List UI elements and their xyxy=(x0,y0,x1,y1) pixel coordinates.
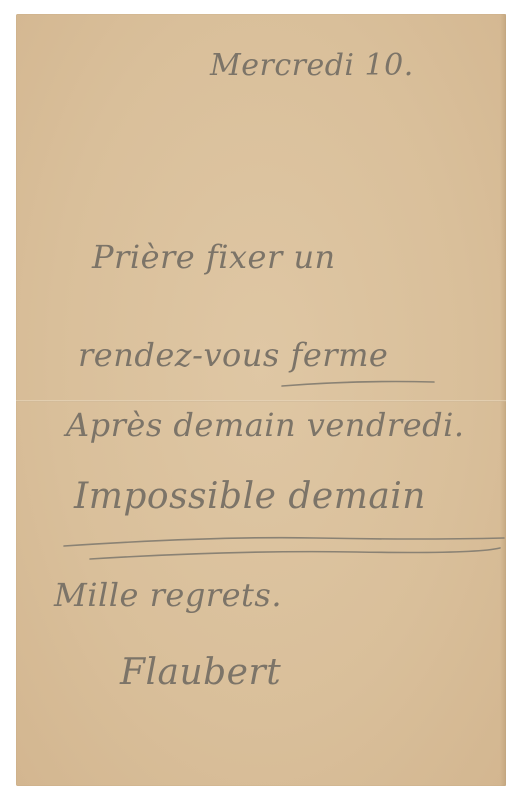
underline-ferme xyxy=(282,382,434,387)
underline-impossible-2 xyxy=(90,548,500,559)
letter-paper: Mercredi 10. Prière fixer un rendez-vous… xyxy=(16,14,506,786)
underline-impossible-1 xyxy=(64,538,504,546)
pencil-underlines xyxy=(16,14,506,786)
